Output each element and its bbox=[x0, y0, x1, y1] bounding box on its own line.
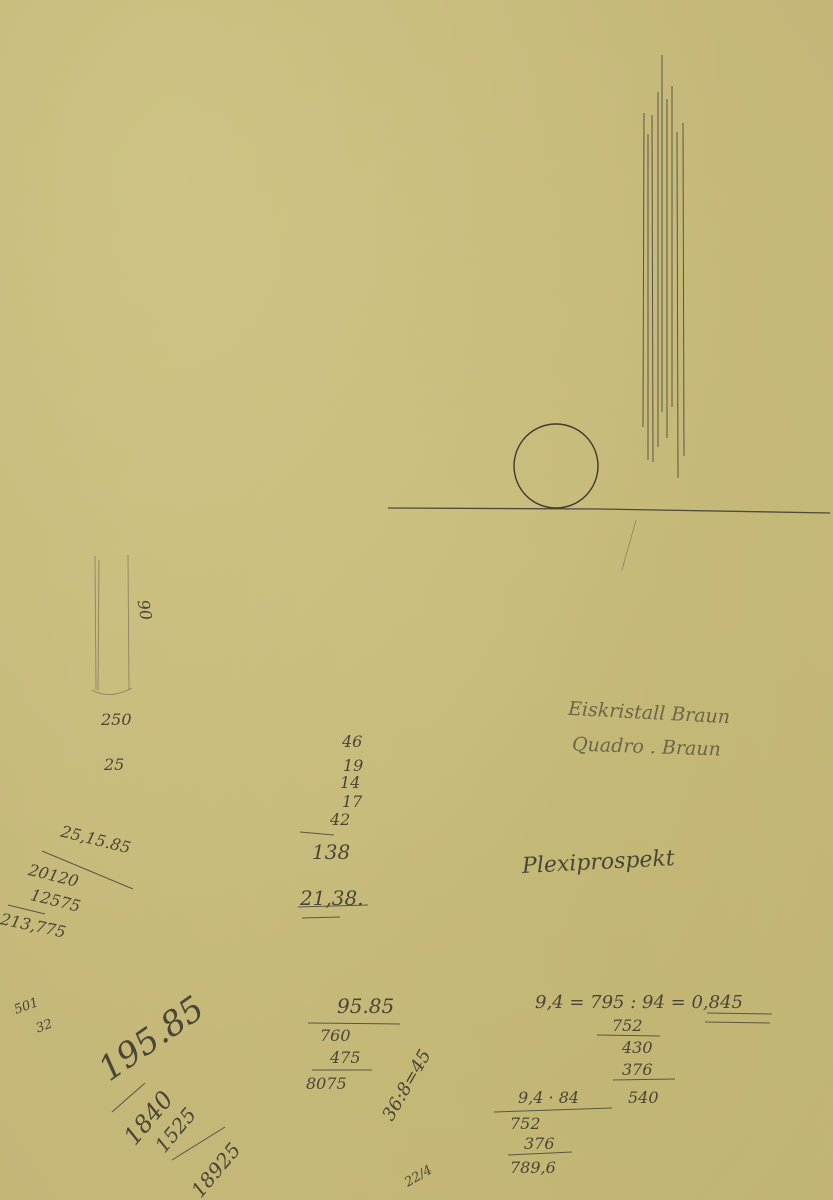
addend-3: 14 bbox=[340, 775, 360, 791]
division-line: 9,4 = 795 : 94 = 0,845 bbox=[535, 994, 743, 1012]
addend-2: 19 bbox=[343, 758, 363, 774]
bottom-mid-row-1: 760 bbox=[320, 1028, 351, 1044]
faint-rectangle bbox=[92, 555, 132, 695]
dim-b: 25 bbox=[104, 757, 124, 773]
dim-top: 90 bbox=[135, 599, 154, 622]
bottom-mid-row-2: 475 bbox=[330, 1050, 361, 1066]
label-quadro: Quadro . Braun bbox=[572, 735, 721, 759]
addend-5: 42 bbox=[330, 812, 350, 828]
division-step-2: 430 bbox=[622, 1040, 653, 1056]
mult-header: 9,4 · 84 bbox=[518, 1090, 579, 1106]
pencil-sketch bbox=[0, 0, 833, 1200]
bottom-mid-header: 95.85 bbox=[337, 996, 394, 1016]
division-step-4: 540 bbox=[628, 1090, 659, 1106]
addend-1: 46 bbox=[342, 734, 362, 750]
circle-shape bbox=[514, 424, 598, 508]
subtotal: 138 bbox=[312, 842, 350, 862]
middle-total: 21,38. bbox=[300, 888, 364, 908]
division-step-3: 376 bbox=[622, 1062, 653, 1078]
paper-sheet: Eiskristall Braun Quadro . Braun Plexipr… bbox=[0, 0, 833, 1200]
dim-a: 250 bbox=[101, 712, 132, 728]
division-step-1: 752 bbox=[612, 1018, 643, 1034]
baseline-line bbox=[388, 508, 830, 513]
vertical-lines bbox=[643, 55, 684, 478]
mult-result: 789,6 bbox=[510, 1160, 556, 1176]
mult-row-2: 376 bbox=[524, 1136, 555, 1152]
addend-4: 17 bbox=[342, 794, 362, 810]
mult-row-1: 752 bbox=[510, 1116, 541, 1132]
bottom-mid-result: 8075 bbox=[306, 1076, 347, 1092]
